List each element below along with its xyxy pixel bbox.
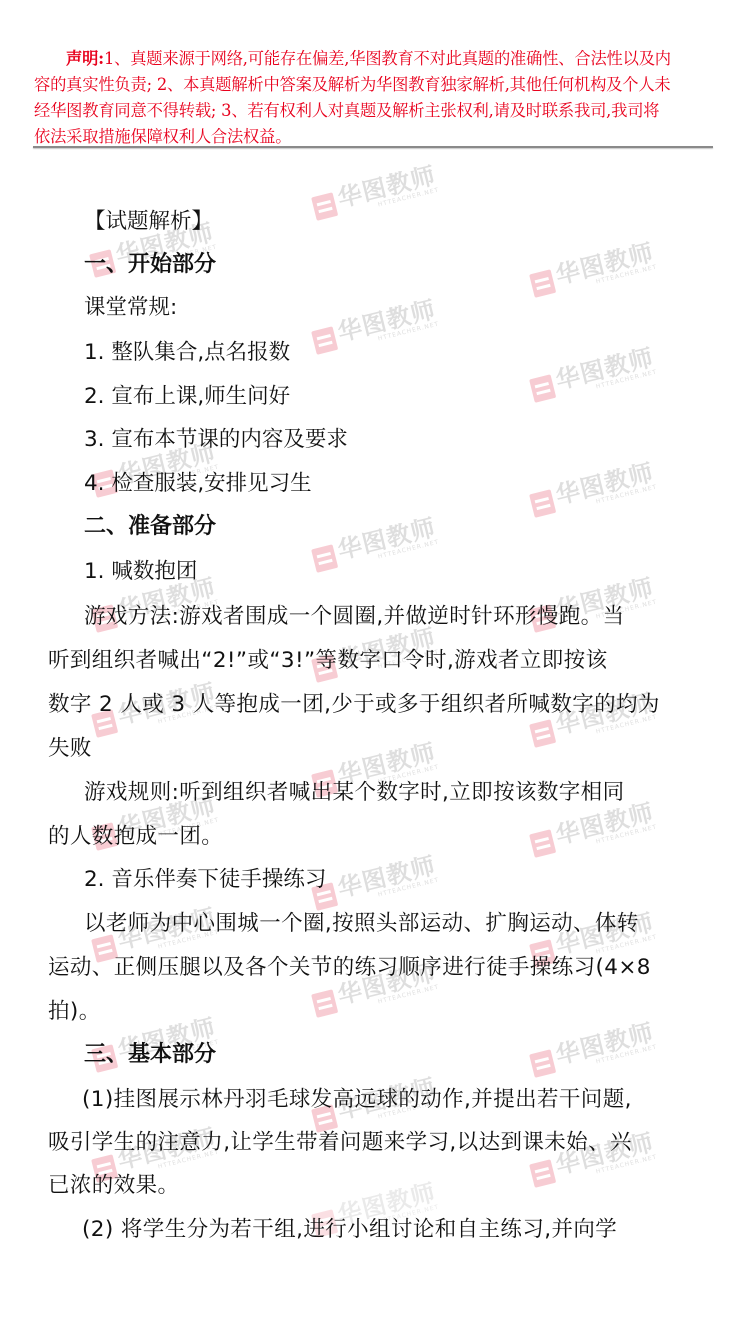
- watermark-logo-icon: [311, 989, 338, 1018]
- disclaimer-line: 容的真实性负责; 2、本真题解析中答案及解析为华图教育独家解析,其他任何机构及个…: [34, 72, 714, 98]
- paragraph-line: 吸引学生的注意力,让学生带着问题来学习,以达到课未始、兴: [48, 1128, 632, 1158]
- watermark: 华图教师HTTEACHER.NET: [310, 515, 440, 576]
- disclaimer: 声明:1、真题来源于网络,可能存在偏差,华图教育不对此真题的准确性、合法性以及内…: [34, 46, 714, 150]
- paragraph-line: 游戏方法:游戏者围成一个圆圈,并做逆时针环形慢跑。当: [84, 602, 624, 632]
- watermark-logo-icon: [529, 1159, 556, 1188]
- paragraph-line: 拍)。: [48, 997, 101, 1027]
- section-heading-start: 一、开始部分: [84, 250, 216, 280]
- watermark: 华图教师HTTEACHER.NET: [528, 460, 658, 521]
- section-heading-prep: 二、准备部分: [84, 512, 216, 542]
- paragraph-line: 已浓的效果。: [48, 1171, 179, 1201]
- game-title: 1. 喊数抱团: [84, 557, 197, 587]
- disclaimer-label: 声明:: [66, 49, 104, 68]
- watermark-logo-icon: [529, 1049, 556, 1078]
- section-subheading: 课堂常规:: [84, 293, 177, 323]
- watermark-logo-icon: [529, 829, 556, 858]
- paragraph-line: 听到组织者喊出“2!”或“3!”等数字口令时,游戏者立即按该: [48, 646, 608, 676]
- paragraph-line: 的人数抱成一团。: [48, 822, 223, 852]
- analysis-title: 【试题解析】: [84, 207, 213, 237]
- watermark: 华图教师HTTEACHER.NET: [528, 345, 658, 406]
- paragraph-line: 失败: [48, 734, 92, 764]
- watermark: 华图教师HTTEACHER.NET: [528, 800, 658, 861]
- watermark-logo-icon: [529, 489, 556, 518]
- paragraph-line: (2) 将学生分为若干组,进行小组讨论和自主练习,并向学: [82, 1215, 617, 1245]
- exercise-title: 2. 音乐伴奏下徒手操练习: [84, 865, 326, 895]
- watermark-logo-icon: [529, 374, 556, 403]
- watermark-logo-icon: [311, 326, 338, 355]
- list-item: 4. 检查服装,安排见习生: [84, 469, 312, 499]
- watermark: 华图教师HTTEACHER.NET: [310, 297, 440, 358]
- disclaimer-line: 声明:1、真题来源于网络,可能存在偏差,华图教育不对此真题的准确性、合法性以及内: [34, 46, 714, 72]
- disclaimer-line: 经华图教育同意不得转载; 3、若有权利人对真题及解析主张权利,请及时联系我司,我…: [34, 98, 714, 124]
- paragraph-line: (1)挂图展示林丹羽毛球发高远球的动作,并提出若干问题,: [82, 1085, 632, 1115]
- watermark-logo-icon: [529, 719, 556, 748]
- watermark: 华图教师HTTEACHER.NET: [310, 163, 440, 224]
- section-heading-basic: 三、基本部分: [84, 1040, 216, 1070]
- watermark-logo-icon: [529, 269, 556, 298]
- divider: [33, 146, 713, 148]
- paragraph-line: 以老师为中心围城一个圈,按照头部运动、扩胸运动、体转: [84, 909, 639, 939]
- watermark: 华图教师HTTEACHER.NET: [528, 1020, 658, 1081]
- watermark-logo-icon: [311, 544, 338, 573]
- list-item: 1. 整队集合,点名报数: [84, 338, 290, 368]
- list-item: 2. 宣布上课,师生问好: [84, 382, 290, 412]
- watermark: 华图教师HTTEACHER.NET: [310, 853, 440, 914]
- watermark-logo-icon: [311, 192, 338, 221]
- paragraph-line: 游戏规则:听到组织者喊出某个数字时,立即按该数字相同: [84, 778, 624, 808]
- paragraph-line: 运动、正侧压腿以及各个关节的练习顺序进行徒手操练习(4×8: [48, 953, 651, 983]
- list-item: 3. 宣布本节课的内容及要求: [84, 425, 348, 455]
- paragraph-line: 数字 2 人或 3 人等抱成一团,少于或多于组织者所喊数字的均为: [48, 690, 660, 720]
- watermark: 华图教师HTTEACHER.NET: [528, 240, 658, 301]
